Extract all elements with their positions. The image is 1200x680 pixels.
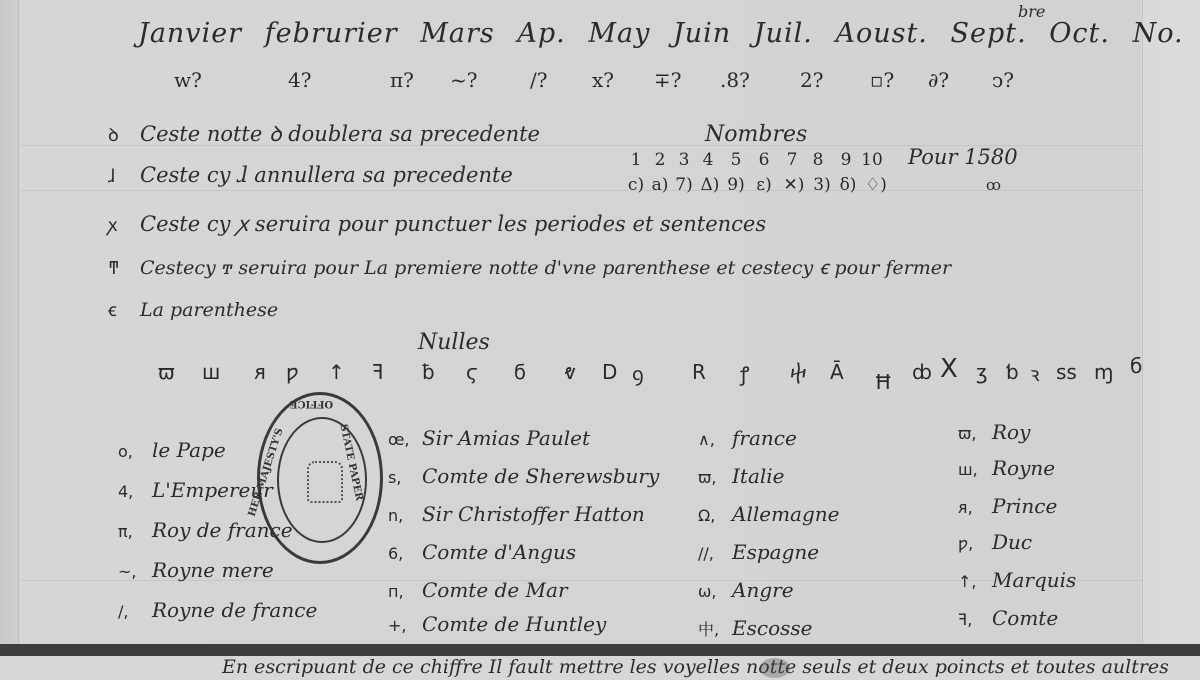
rule-line-parenthesis-open: ͳCestecy ͳ seruira pour La premiere nott… [108,254,951,280]
month-label: Juin [673,18,731,49]
key-code: o, [118,442,152,461]
key-name: Sir Christoffer Hatton [422,502,645,526]
key-entry: n,Sir Christoffer Hatton [388,502,645,526]
nombres-heading: Nombres [705,122,807,147]
scan-divider-band [0,644,1200,656]
key-code: 4, [118,482,152,501]
key-code: ƿ, [958,534,992,553]
key-entry: ᴙ,Prince [958,494,1057,518]
key-code: ∧, [698,430,732,449]
key-name: Royne de france [152,598,317,622]
manuscript-page: Janvier februrier Mars Ap. May Juin Juil… [0,0,1200,644]
pour-year-label: Pour 1580 [908,145,1018,169]
month-code: ∓? [654,68,681,92]
key-entry: π,Roy de france [118,518,293,542]
month-label: Ap. [517,18,565,49]
number-cell: 7 [778,150,806,170]
number-cell: 8 [804,150,832,170]
key-code: 6, [388,544,422,563]
key-name: L'Empereur [152,478,273,502]
key-entry: s,Comte de Sherewsbury [388,464,659,488]
number-cell: 4 [694,150,722,170]
key-name: Duc [992,530,1032,554]
number-code: 9) [722,175,750,195]
key-name: Comte de Sherewsbury [422,464,659,488]
null-symbol-icon: ⴕ [790,360,807,384]
month-code: ▫? [870,68,894,92]
month-code: x? [592,68,614,92]
rule-line-punctuation: ꭗCeste cy ꭗ seruira pour punctuer les pe… [108,210,766,238]
page-edge-right [1142,0,1143,644]
key-name: Comte de Mar [422,578,568,602]
punctuation-symbol-icon: ꭗ [108,213,140,237]
key-entry: o,le Pape [118,438,226,462]
key-code: ϖ, [698,468,732,487]
month-code: ↄ? [992,68,1014,92]
key-name: Prince [992,494,1057,518]
next-page-strip: En escripuant de ce chiffre Il fault met… [0,656,1200,680]
key-code: ϖ, [958,424,992,443]
key-name: Espagne [732,540,819,564]
key-name: Roy [992,420,1030,444]
month-code: 2? [800,68,823,92]
page-edge-left [18,0,19,644]
key-code: ~, [118,562,152,581]
key-name: Comte [992,606,1058,630]
month-label: Aoust. [835,18,927,49]
rule-text: Ceste notte ꝺ doublera sa precedente [140,122,540,146]
rule-line-annul: ɺCeste cy ɺ annullera sa precedente [108,163,513,187]
null-symbol-icon: ↑ [328,360,345,384]
null-symbol-icon: ϭ [514,360,526,384]
null-symbol-icon: ꝯ [632,360,644,387]
month-code: ∂? [928,68,949,92]
null-symbol-icon: ƿ [286,360,299,384]
number-cell: 10 [858,150,886,170]
null-symbol-icon: ꟺ [202,360,220,384]
key-code: 中, [698,617,732,640]
null-symbol-icon: ϛ [466,360,478,384]
key-code: /, [118,602,152,621]
month-label: No. [1133,18,1184,49]
key-name: Roy de france [152,518,293,542]
key-name: Comte de Huntley [422,612,606,636]
null-symbol-icon: R [692,360,706,384]
key-name: Angre [732,578,794,602]
number-code: ε) [750,175,778,195]
key-code: s, [388,468,422,487]
rule-text: Ceste cy ɺ annullera sa precedente [140,163,513,187]
month-label: Sept. [950,18,1026,49]
months-row: Janvier februrier Mars Ap. May Juin Juil… [138,18,1200,49]
key-code: ꟺ, [958,460,992,479]
month-code: 4? [288,68,311,92]
number-code: 7) [670,175,698,195]
month-label: Oct. [1049,18,1110,49]
null-symbol-icon: ƅ [1006,360,1019,384]
rule-line-double: ꝺCeste notte ꝺ doublera sa precedente [108,120,540,148]
key-entry: //,Espagne [698,540,819,564]
key-entry: п,Comte de Mar [388,578,568,602]
month-label: May [588,18,650,49]
rule-text: Cestecy ͳ seruira pour La premiere notte… [140,257,951,279]
number-cell: 9 [832,150,860,170]
key-name: Allemagne [732,502,839,526]
null-symbol-icon: D [602,360,617,384]
rule-text: Ceste cy ꭗ seruira pour punctuer les per… [140,212,766,236]
null-symbol-icon: б [1130,354,1142,378]
key-code: ↑, [958,572,992,591]
null-symbol-icon: ꟻ [372,360,384,384]
key-entry: 6,Comte d'Angus [388,540,576,564]
annul-symbol-icon: ɺ [108,166,140,187]
month-label: Mars [420,18,495,49]
key-name: france [732,426,797,450]
month-label: februrier [265,18,398,49]
null-symbol-icon: ᴙ [254,360,266,384]
null-symbol-icon: ϖ [158,360,175,384]
key-entry: œ,Sir Amias Paulet [388,426,590,450]
key-code: +, [388,616,422,635]
key-name: Royne mere [152,558,274,582]
month-code: /? [530,68,547,92]
key-entry: Ω,Allemagne [698,502,839,526]
month-code: .8? [720,68,750,92]
parenthesis-close-symbol-icon: ꞓ [108,298,140,322]
key-entry: 中,Escosse [698,616,812,640]
key-entry: ↑,Marquis [958,568,1076,592]
null-symbol-icon: ȸ [912,360,932,384]
null-symbol-icon: Ā [830,360,844,384]
null-symbol-icon: ꝛ [1030,360,1039,387]
december-superscript: bre [1018,2,1045,21]
null-symbol-icon: ⱴ [564,360,576,384]
number-code: 3) [808,175,836,195]
number-code: Δ) [696,175,724,195]
key-entry: ϖ,Roy [958,420,1030,444]
paper-fold-line [20,190,1142,191]
null-symbol-icon: ɱ [1094,360,1113,384]
month-code: w? [174,68,202,92]
next-page-text: En escripuant de ce chiffre Il fault met… [222,656,1169,678]
null-symbol-icon: ꝭ [740,360,749,387]
key-name: Escosse [732,616,812,640]
key-code: //, [698,544,732,563]
key-entry: ∧,france [698,426,797,450]
key-entry: ϖ,Italie [698,464,785,488]
key-code: ᴙ, [958,498,992,517]
ink-stain [760,658,790,678]
number-cell: 6 [750,150,778,170]
stamp-text-top: OFFICE [290,398,333,409]
key-code: π, [118,522,152,541]
parenthesis-open-symbol-icon: ͳ [108,258,140,279]
rule-line-parenthesis-close: ꞓLa parenthese [108,298,278,322]
key-entry: ~,Royne mere [118,558,274,582]
null-symbol-icon: Ħ [874,370,892,394]
number-code: ✕) [780,175,808,195]
month-label: Juil. [754,18,813,49]
number-cell: 5 [722,150,750,170]
key-name: Marquis [992,568,1076,592]
number-code: ♢) [862,175,890,195]
rule-text: La parenthese [140,299,278,321]
null-symbol-icon: X [940,354,958,384]
crown-icon [307,461,343,503]
year-code-icon: ꝏ [986,176,1001,194]
double-symbol-icon: ꝺ [108,123,140,147]
key-entry: ƿ,Duc [958,530,1032,554]
key-name: Sir Amias Paulet [422,426,590,450]
key-code: ω, [698,582,732,601]
key-code: Ω, [698,506,732,525]
month-code: π? [390,68,414,92]
null-symbol-icon: ʒ [976,360,988,384]
key-name: le Pape [152,438,226,462]
key-entry: /,Royne de france [118,598,317,622]
nulles-heading: Nulles [418,330,490,355]
key-code: n, [388,506,422,525]
key-entry: +,Comte de Huntley [388,612,606,636]
key-name: Italie [732,464,785,488]
key-code: ꟻ, [958,610,992,629]
number-code: δ) [834,175,862,195]
null-symbol-icon: ƀ [422,360,435,384]
key-name: Comte d'Angus [422,540,576,564]
month-code: ~? [450,68,477,92]
key-entry: ꟻ,Comte [958,606,1058,630]
key-code: п, [388,582,422,601]
key-entry: ꟺ,Royne [958,456,1055,480]
key-entry: ω,Angre [698,578,794,602]
key-code: œ, [388,430,422,449]
null-symbol-icon: ss [1056,360,1077,384]
month-label: Janvier [138,18,242,49]
key-name: Royne [992,456,1055,480]
key-entry: 4,L'Empereur [118,478,273,502]
